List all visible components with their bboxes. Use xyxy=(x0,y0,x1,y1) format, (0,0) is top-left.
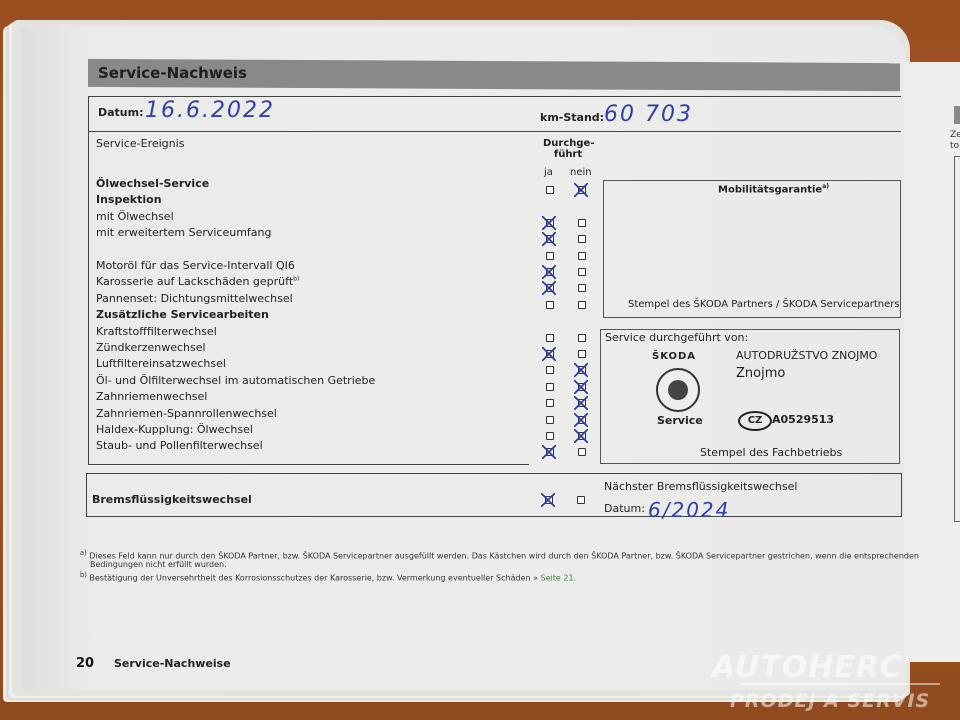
page-link[interactable]: Seite 21. xyxy=(541,574,577,583)
service-event-header: Service-Ereignis xyxy=(96,137,184,150)
nein-checkbox[interactable] xyxy=(578,334,586,342)
nein-checkbox[interactable] xyxy=(578,284,586,292)
ja-checkbox[interactable] xyxy=(546,416,554,424)
footnote-a: a) Dieses Feld kann nur durch den ŠKODA … xyxy=(80,549,919,561)
service-row-label: Pannenset: Dichtungsmittelwechsel xyxy=(96,292,293,305)
right-page-text-line: Ze xyxy=(950,130,960,141)
service-row-label: Inspektion xyxy=(96,193,162,206)
page-section: Service-Nachweise xyxy=(114,657,231,670)
ja-checkbox[interactable] xyxy=(546,432,554,440)
km-value[interactable]: 60 703 xyxy=(604,102,693,127)
next-brake-date-value[interactable]: 6/2024 xyxy=(648,498,730,522)
service-row-label: Motoröl für das Service-Intervall QI6 xyxy=(96,259,295,272)
service-row-label: Zusätzliche Servicearbeiten xyxy=(96,308,269,321)
service-row-label: Haldex-Kupplung: Ölwechsel xyxy=(96,423,253,436)
ja-checkbox[interactable] xyxy=(546,350,554,358)
next-brake-label: Nächster Bremsflüssigkeitswechsel xyxy=(604,480,797,493)
footnote-marker: b) xyxy=(80,571,87,579)
nein-checkbox[interactable] xyxy=(578,383,586,391)
ja-checkbox[interactable] xyxy=(546,252,554,260)
nein-checkbox[interactable] xyxy=(578,252,586,260)
mobility-title-text: Mobilitätsgarantie xyxy=(718,184,822,195)
mobility-guarantee-title: Mobilitätsgarantiea) xyxy=(718,183,829,195)
brake-ja-checkbox[interactable] xyxy=(545,496,553,504)
ja-checkbox[interactable] xyxy=(546,284,554,292)
nein-checkbox[interactable] xyxy=(578,301,586,309)
footnote-b: b) Bestätigung der Unversehrtheit des Ko… xyxy=(80,571,576,583)
mobility-stamp-caption: Stempel des ŠKODA Partners / ŠKODA Servi… xyxy=(628,299,900,310)
service-row-label: mit Ölwechsel xyxy=(96,210,174,223)
ja-checkbox[interactable] xyxy=(546,268,554,276)
skoda-logo-icon xyxy=(656,368,700,412)
service-row-label: Luftfiltereinsatzwechsel xyxy=(96,357,226,370)
country-code-badge: CZ xyxy=(738,411,772,431)
service-row-label: Zahnriemenwechsel xyxy=(96,390,207,403)
ja-checkbox[interactable] xyxy=(546,399,554,407)
service-row-label: Zahnriemen-Spannrollenwechsel xyxy=(96,407,277,420)
done-header-line: Durchge- xyxy=(543,138,593,149)
watermark-logo: AUTOHERC xyxy=(712,650,903,685)
dealer-id: A0529513 xyxy=(772,413,834,426)
watermark-tagline: PRODEJ A SERVIS xyxy=(730,690,930,712)
page-title: Service-Nachweis xyxy=(98,64,247,82)
service-row-label: Zündkerzenwechsel xyxy=(96,341,206,354)
ja-checkbox[interactable] xyxy=(546,366,554,374)
nein-checkbox[interactable] xyxy=(578,448,586,456)
nein-checkbox[interactable] xyxy=(578,350,586,358)
nein-checkbox[interactable] xyxy=(578,399,586,407)
col-no-header: nein xyxy=(570,167,592,178)
footnote-a-cont: Bedingungen nicht erfüllt wurden. xyxy=(90,560,227,569)
mobility-guarantee-box xyxy=(603,180,901,318)
right-page-header-tab xyxy=(954,106,960,124)
nein-checkbox[interactable] xyxy=(578,432,586,440)
col-yes-header: ja xyxy=(544,167,553,178)
watermark-divider xyxy=(740,683,940,685)
service-by-label: Service durchgeführt von: xyxy=(605,331,748,344)
nein-checkbox[interactable] xyxy=(578,235,586,243)
ja-checkbox[interactable] xyxy=(546,219,554,227)
service-row-label: mit erweitertem Serviceumfang xyxy=(96,226,272,239)
right-page-edge: Ze to xyxy=(904,62,960,662)
page-number: 20 xyxy=(76,656,94,671)
ja-checkbox[interactable] xyxy=(546,235,554,243)
right-page-box xyxy=(954,156,960,522)
ja-checkbox[interactable] xyxy=(546,301,554,309)
brake-fluid-label: Bremsflüssigkeitswechsel xyxy=(92,493,252,506)
service-row-label: Kraftstofffilterwechsel xyxy=(96,325,217,338)
dealer-stamp-caption: Stempel des Fachbetriebs xyxy=(700,446,842,459)
next-brake-date-label: Datum: xyxy=(604,502,645,515)
dealer-city: Znojmo xyxy=(736,366,785,381)
right-page-text: Ze to xyxy=(950,130,960,152)
ja-checkbox[interactable] xyxy=(546,448,554,456)
done-header-line: führt xyxy=(543,149,593,160)
service-row-label: Karosserie auf Lackschäden geprüftb) xyxy=(96,275,299,288)
nein-checkbox[interactable] xyxy=(578,366,586,374)
km-label: km-Stand: xyxy=(540,111,604,124)
skoda-brand-text: ŠKODA xyxy=(652,351,696,362)
ja-checkbox[interactable] xyxy=(546,334,554,342)
ja-checkbox[interactable] xyxy=(546,383,554,391)
service-row-label: Staub- und Pollenfilterwechsel xyxy=(96,439,263,452)
footnote-b-text: Bestätigung der Unversehrtheit des Korro… xyxy=(89,574,538,583)
footnote-ref: b) xyxy=(293,276,299,283)
date-label: Datum: xyxy=(98,106,144,119)
brake-nein-checkbox[interactable] xyxy=(577,496,585,504)
dealer-name: AUTODRUŽSTVO ZNOJMO xyxy=(736,349,877,362)
nein-checkbox[interactable] xyxy=(578,186,586,194)
service-row-label: Öl- und Ölfilterwechsel im automatischen… xyxy=(96,374,375,387)
nein-checkbox[interactable] xyxy=(578,268,586,276)
nein-checkbox[interactable] xyxy=(578,219,586,227)
service-row-label: Ölwechsel-Service xyxy=(96,177,209,190)
footnote-ref: a) xyxy=(822,183,829,190)
ja-checkbox[interactable] xyxy=(546,186,554,194)
right-page-text-line: to xyxy=(950,141,960,152)
done-header: Durchge- führt xyxy=(543,138,593,160)
nein-checkbox[interactable] xyxy=(578,416,586,424)
footnote-marker: a) xyxy=(80,549,87,557)
skoda-service-text: Service xyxy=(657,414,703,427)
date-value[interactable]: 16.6.2022 xyxy=(145,98,275,123)
